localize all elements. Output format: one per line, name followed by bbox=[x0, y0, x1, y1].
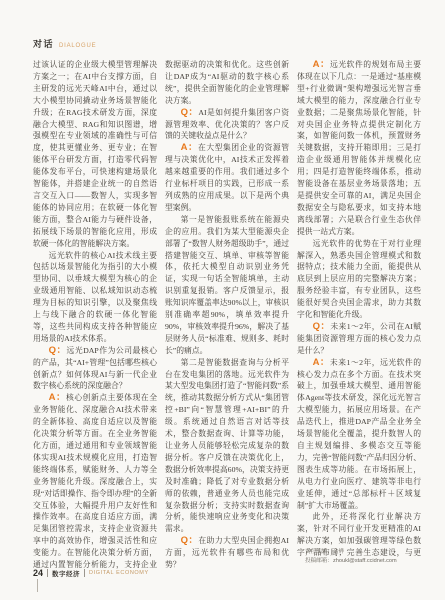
footer-divider bbox=[47, 569, 48, 577]
question-marker: Q： bbox=[313, 321, 331, 332]
email-line: 投稿邮箱：zhoukl@staff.ccidnet.com bbox=[305, 557, 397, 566]
question-paragraph: Q：在助力大型央国企拥抱AI方面，远光软件有哪些布局和优势？ bbox=[165, 535, 289, 571]
editor-line: 责任编辑：金烨 bbox=[305, 548, 397, 557]
article-paragraph: 远光软件的优势在于对行业理解深入，熟悉央国企管理模式和数据特点；技术能力全面，能… bbox=[297, 238, 421, 321]
page-fold-mark bbox=[37, 579, 38, 592]
answer-marker: A： bbox=[49, 392, 66, 403]
question-marker: Q： bbox=[181, 107, 199, 118]
footer-divider bbox=[84, 569, 85, 577]
magazine-name-cn: 数字经济 bbox=[52, 569, 80, 578]
section-title-en: DIALOGUE bbox=[59, 43, 96, 49]
answer-paragraph: A：在大型集团企业的资源管理与决策优化中，AI技术正发挥着越来越重要的作用。我们… bbox=[165, 142, 289, 213]
answer-marker: A： bbox=[313, 59, 330, 70]
answer-paragraph: A：远光软件的规划布局主要体现在以下几点：一是通过“基座模型+行业微调”架构增强… bbox=[297, 59, 421, 238]
question-paragraph: Q：AI是如何提升集团客户资源管理效率、优化决策的？客户反馈的关键收益点是什么？ bbox=[165, 107, 289, 143]
question-marker: Q： bbox=[49, 345, 67, 356]
article-paragraph: 过该认证的企业级大模型管理解决方案之一；在AI中台支撑方面，自主研发的远光天峰A… bbox=[33, 59, 157, 250]
contact-info: 责任编辑：金烨 投稿邮箱：zhoukl@staff.ccidnet.com bbox=[305, 548, 397, 565]
page-footer: 24 数字经济 DIGITAL ECONOMY bbox=[33, 568, 149, 578]
article-paragraph: 远光软件的核心AI技术线主要包括以场景智能化为指引的大小模型协同、以垂域大模型为… bbox=[33, 250, 157, 345]
page-number: 24 bbox=[33, 568, 43, 578]
answer-marker: A： bbox=[181, 142, 198, 153]
question-marker: Q： bbox=[181, 535, 199, 546]
section-header: 对话 DIALOGUE bbox=[33, 37, 96, 50]
magazine-page: 对话 DIALOGUE 过该认证的企业级大模型管理解决方案之一；在AI中台支撑方… bbox=[0, 0, 445, 600]
section-title-cn: 对话 bbox=[33, 37, 54, 50]
answer-marker: A： bbox=[313, 357, 330, 368]
magazine-name-en: DIGITAL ECONOMY bbox=[89, 570, 149, 576]
answer-paragraph: A：未来1～2年，远光软件的核心发力点在多个方面。在技术突破上，加强垂域大模型、… bbox=[297, 357, 421, 512]
article-paragraph: 第一是智能报账系统在能源央企的应用。我们为某大型能源央企部署了“数智人财务超级助… bbox=[165, 214, 289, 357]
article-paragraph: 第二是智能数据查询与分析平台在发电集团的落地。远光软件为某大型发电集团打造了“智… bbox=[165, 357, 289, 536]
question-paragraph: Q：未来1～2年，公司在AI赋能集团资源管理方面的核心发力点是什么？ bbox=[297, 321, 421, 357]
article-body: 过该认证的企业级大模型管理解决方案之一；在AI中台支撑方面，自主研发的远光天峰A… bbox=[33, 59, 421, 572]
question-paragraph: Q：远光DAP作为公司最核心的产品，其“AI+管理”包括哪些核心创新点？如何体现… bbox=[33, 345, 157, 393]
